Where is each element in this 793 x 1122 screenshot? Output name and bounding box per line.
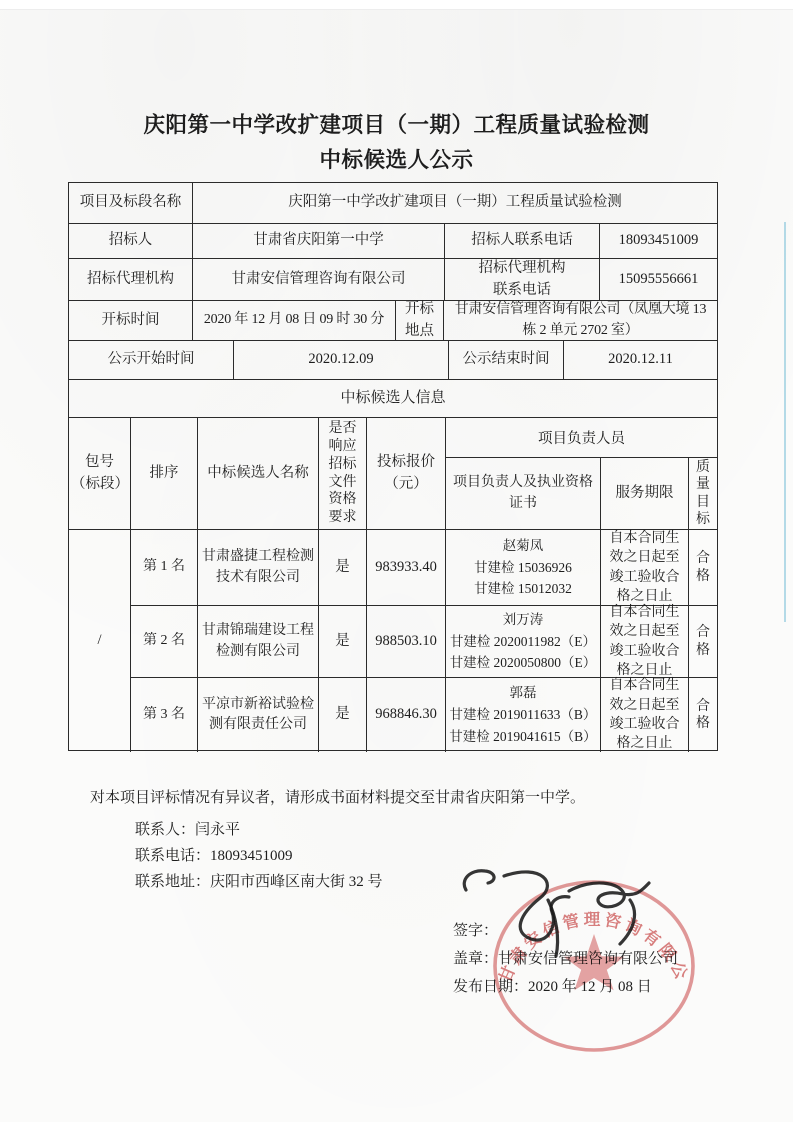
candidate-rows: 第 1 名 甘肃盛捷工程检测 技术有限公司 是 983933.40 赵菊凤 甘建… [131, 530, 717, 752]
candidate-row-3: 第 3 名 平凉市新裕试验检 测有限责任公司 是 968846.30 郭磊 甘建… [131, 678, 717, 752]
candidates-data-section: / 第 1 名 甘肃盛捷工程检测 技术有限公司 是 983933.40 赵菊凤 … [69, 530, 717, 752]
project-value: 庆阳第一中学改扩建项目（一期）工程质量试验检测 [193, 183, 717, 223]
opening-place-value: 甘肃安信管理咨询有限公司（凤凰大境 13 栋 2 单元 2702 室） [444, 301, 717, 340]
quality-cell: 合格 [689, 678, 717, 752]
tenderee-label: 招标人 [69, 224, 193, 258]
signature-stroke [504, 872, 569, 940]
cert-cell: 郭磊 甘建检 2019011633（B） 甘建检 2019041615（B） [446, 678, 601, 752]
contact-phone: 联系电话：18093451009 [135, 844, 293, 865]
project-label: 项目及标段名称 [69, 183, 193, 223]
row-tenderee: 招标人 甘肃省庆阳第一中学 招标人联系电话 18093451009 [69, 224, 717, 259]
package-value-cell: / [69, 530, 131, 752]
cert-cell: 刘万涛 甘建检 2020011982（E） 甘建检 2020050800（E） [446, 606, 601, 677]
signature-stroke [620, 900, 635, 944]
response-cell: 是 [319, 606, 367, 677]
cert-cell: 赵菊凤 甘建检 15036926 甘建检 15012032 [446, 530, 601, 605]
header-candidate-name: 中标候选人名称 [198, 418, 319, 529]
announcement-table: 项目及标段名称 庆阳第一中学改扩建项目（一期）工程质量试验检测 招标人 甘肃省庆… [68, 182, 718, 751]
tenderee-phone-label: 招标人联系电话 [445, 224, 600, 258]
signature-stroke [464, 871, 494, 890]
scanned-document-page: 庆阳第一中学改扩建项目（一期）工程质量试验检测 中标候选人公示 项目及标段名称 … [0, 0, 793, 1122]
scan-top-edge [0, 0, 793, 10]
row-agency: 招标代理机构 甘肃安信管理咨询有限公司 招标代理机构 联系电话 15095556… [69, 259, 717, 301]
document-title: 庆阳第一中学改扩建项目（一期）工程质量试验检测 中标候选人公示 [0, 108, 793, 178]
document-title-line2: 中标候选人公示 [0, 143, 793, 178]
service-cell: 自本合同生效之日起至竣工验收合格之日止 [601, 606, 689, 677]
service-cell: 自本合同生效之日起至竣工验收合格之日止 [601, 678, 689, 752]
document-title-line1: 庆阳第一中学改扩建项目（一期）工程质量试验检测 [0, 108, 793, 143]
candidate-name-cell: 甘肃锦瑞建设工程 检测有限公司 [198, 606, 319, 677]
header-personnel-subrow: 项目负责人及执业资格证书 服务期限 质量目标 [446, 458, 717, 529]
publicity-start-label: 公示开始时间 [69, 341, 234, 379]
header-price: 投标报价 （元） [367, 418, 446, 529]
contact-person: 联系人：闫永平 [135, 818, 240, 839]
objection-note: 对本项目评标情况有异议者，请形成书面材料提交至甘肃省庆阳第一中学。 [90, 786, 585, 807]
agency-value: 甘肃安信管理咨询有限公司 [193, 259, 445, 300]
opening-time-label: 开标时间 [69, 301, 193, 340]
agency-label: 招标代理机构 [69, 259, 193, 300]
agency-phone-label: 招标代理机构 联系电话 [445, 259, 600, 300]
quality-cell: 合格 [689, 606, 717, 677]
publicity-end-label: 公示结束时间 [449, 341, 564, 379]
rank-cell: 第 1 名 [131, 530, 198, 605]
header-personnel-group-block: 项目负责人员 项目负责人及执业资格证书 服务期限 质量目标 [446, 418, 717, 529]
handwritten-signature [452, 860, 677, 965]
service-cell: 自本合同生效之日起至竣工验收合格之日止 [601, 530, 689, 605]
response-cell: 是 [319, 530, 367, 605]
quality-cell: 合格 [689, 530, 717, 605]
header-personnel-group: 项目负责人员 [446, 418, 717, 458]
row-opening: 开标时间 2020 年 12 月 08 日 09 时 30 分 开标 地点 甘肃… [69, 301, 717, 341]
candidates-header-row: 包号 （标段） 排序 中标候选人名称 是否响应招标文件资格要求 投标报价 （元）… [69, 418, 717, 530]
candidate-row-1: 第 1 名 甘肃盛捷工程检测 技术有限公司 是 983933.40 赵菊凤 甘建… [131, 530, 717, 606]
header-response: 是否响应招标文件资格要求 [319, 418, 367, 529]
row-section-title: 中标候选人信息 [69, 380, 717, 418]
rank-cell: 第 2 名 [131, 606, 198, 677]
price-cell: 968846.30 [367, 678, 446, 752]
row-publicity: 公示开始时间 2020.12.09 公示结束时间 2020.12.11 [69, 341, 717, 380]
tenderee-phone-value: 18093451009 [600, 224, 717, 258]
header-rank: 排序 [131, 418, 198, 529]
opening-place-label: 开标 地点 [396, 301, 444, 340]
price-cell: 988503.10 [367, 606, 446, 677]
scan-artifact-line [784, 222, 786, 622]
agency-phone-value: 15095556661 [600, 259, 717, 300]
candidate-name-cell: 甘肃盛捷工程检测 技术有限公司 [198, 530, 319, 605]
header-service: 服务期限 [601, 458, 689, 529]
candidate-name-cell: 平凉市新裕试验检 测有限责任公司 [198, 678, 319, 752]
header-package: 包号 （标段） [69, 418, 131, 529]
opening-time-value: 2020 年 12 月 08 日 09 时 30 分 [193, 301, 396, 340]
candidate-row-2: 第 2 名 甘肃锦瑞建设工程 检测有限公司 是 988503.10 刘万涛 甘建… [131, 606, 717, 678]
publicity-start-value: 2020.12.09 [234, 341, 449, 379]
header-quality: 质量目标 [689, 458, 717, 529]
row-project: 项目及标段名称 庆阳第一中学改扩建项目（一期）工程质量试验检测 [69, 183, 717, 224]
rank-cell: 第 3 名 [131, 678, 198, 752]
candidates-section-title: 中标候选人信息 [69, 380, 717, 417]
contact-address: 联系地址：庆阳市西峰区南大街 32 号 [135, 870, 383, 891]
tenderee-value: 甘肃省庆阳第一中学 [193, 224, 445, 258]
header-cert: 项目负责人及执业资格证书 [446, 458, 601, 529]
publicity-end-value: 2020.12.11 [564, 341, 717, 379]
signature-stroke [569, 883, 649, 907]
response-cell: 是 [319, 678, 367, 752]
price-cell: 983933.40 [367, 530, 446, 605]
